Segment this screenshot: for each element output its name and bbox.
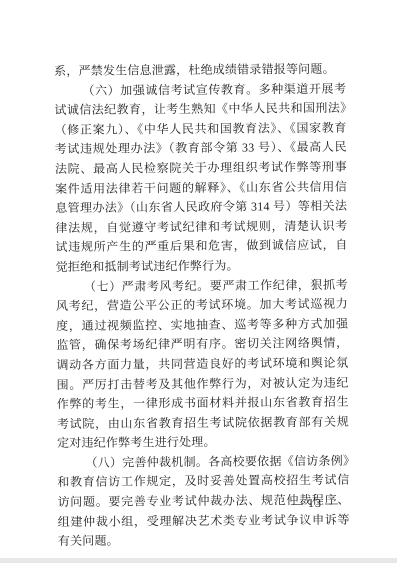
document-page: 系，严禁发生信息泄露，杜绝成绩错录错报等问题。 （六）加强诚信考试宣传教育。多种… bbox=[0, 0, 397, 563]
page-number: — 13 — bbox=[291, 496, 339, 511]
paragraph-item-6: （六）加强诚信考试宣传教育。多种渠道开展考试诚信法纪教育，让考生熟知《中华人民共… bbox=[54, 79, 348, 277]
paragraph-continuation: 系，严禁发生信息泄露，杜绝成绩错录错报等问题。 bbox=[54, 60, 346, 82]
scan-edge-artifact bbox=[0, 558, 397, 563]
document-text-block: 系，严禁发生信息泄露，杜绝成绩错录错报等问题。 （六）加强诚信考试宣传教育。多种… bbox=[54, 60, 350, 552]
paragraph-item-7: （七）严肃考风考纪。要严肃工作纪律，狠抓考风考纪，营造公平公正的考试环境。加大考… bbox=[56, 275, 349, 454]
